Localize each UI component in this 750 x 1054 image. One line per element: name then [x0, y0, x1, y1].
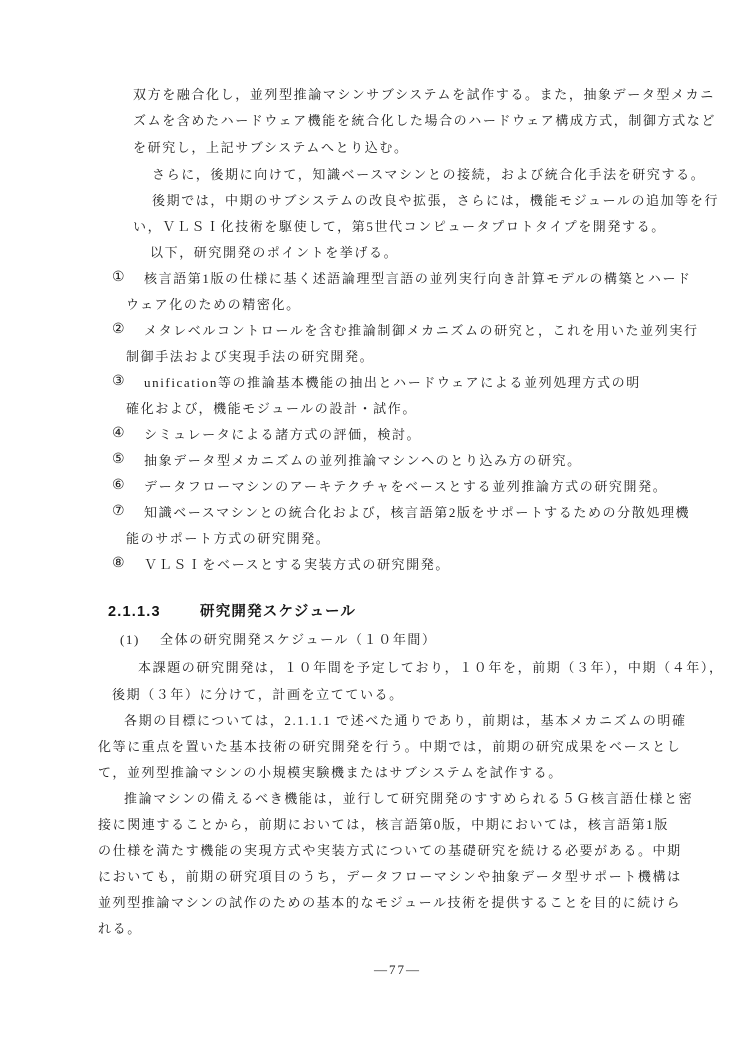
section-heading-text: 2.1.1.3 [108, 605, 161, 620]
text-line: 後期（３年）に分けて，計画を立てている。 [112, 688, 404, 701]
list-item-marker: ⑦ [112, 505, 126, 519]
list-item-marker: ① [112, 271, 126, 285]
list-item-marker: ③ [112, 375, 126, 389]
list-item-marker: ② [112, 323, 126, 337]
list-item-marker: ④ [112, 427, 126, 441]
text-line: 能のサポート方式の研究開発。 [126, 532, 330, 545]
text-line: 並列型推論マシンの試作のための基本的なモジュール技術を提供することを目的に続けら [98, 896, 681, 909]
text-line: の仕様を満たす機能の実現方式や実装方式についての基礎研究を続ける必要がある。中期 [98, 844, 682, 857]
page-number: —77— [374, 963, 421, 976]
text-line: て，並列型推論マシンの小規模実験機またはサブシステムを試作する。 [98, 766, 563, 779]
text-line: 抽象データ型メカニズムの並列推論マシンへのとり込み方の研究。 [144, 454, 582, 467]
text-line: さらに，後期に向けて，知識ベースマシンとの接続，および統合化手法を研究する。 [152, 168, 705, 181]
list-item-marker: ⑥ [112, 479, 126, 493]
text-line: unification等の推論基本機能の抽出とハードウェアによる並列処理方式の明 [144, 376, 641, 389]
text-line: 本課題の研究開発は，１０年間を予定しており，１０年を，前期（３年），中期（４年）… [138, 661, 724, 674]
text-line: データフローマシンのアーキテクチャをベースとする並列推論方式の研究開発。 [144, 480, 667, 493]
text-line: ズムを含めたハードウェア機能を統合化した場合のハードウェア構成方式，制御方式など [133, 114, 716, 127]
text-line: 全体の研究開発スケジュール（１０年間） [160, 633, 437, 646]
text-line: 接に関連することから，前期においては，核言語第0版，中期においては，核言語第1版 [98, 818, 669, 831]
text-line: を研究し，上記サブシステムへとり込む。 [133, 141, 409, 154]
text-line: 双方を融合化し，並列型推論マシンサブシステムを試作する。また，抽象データ型メカニ [133, 88, 715, 101]
text-line: ウェア化のための精密化。 [126, 298, 301, 311]
text-line: ＶＬＳＩをベースとする実装方式の研究開発。 [144, 558, 450, 571]
text-line: 以下，研究開発のポイントを挙げる。 [150, 246, 398, 259]
text-line: メタレベルコントロールを含む推論制御メカニズムの研究と，これを用いた並列実行 [144, 324, 699, 337]
text-line: シミュレータによる諸方式の評価，検討。 [144, 428, 421, 441]
text-line: 各期の目標については，2.1.1.1 で述べた通りであり，前期は，基本メカニズム… [124, 714, 687, 727]
text-line: (1) [120, 633, 140, 646]
text-line: 化等に重点を置いた基本技術の研究開発を行う。中期では，前期の研究成果をベースとし [98, 740, 681, 753]
text-line: れる。 [98, 922, 142, 935]
text-line: 確化および，機能モジュールの設計・試作。 [126, 402, 417, 415]
list-item-marker: ⑤ [112, 453, 126, 467]
text-line: 知識ベースマシンとの統合化および，核言語第2版をサポートするための分散処理機 [144, 506, 690, 519]
document-page: 双方を融合化し，並列型推論マシンサブシステムを試作する。また，抽象データ型メカニ… [0, 0, 750, 1054]
list-item-marker: ⑧ [112, 557, 126, 571]
text-line: 制御手法および実現手法の研究開発。 [126, 350, 374, 363]
text-line: い，ＶＬＳＩ化技術を駆使して，第5世代コンピュータプロトタイプを開発する。 [133, 220, 666, 233]
text-line: 推論マシンの備えるべき機能は，並行して研究開発のすすめられる５Ｇ核言語仕様と密 [124, 792, 693, 805]
section-heading-text: 研究開発スケジュール [200, 605, 356, 620]
text-line: 核言語第1版の仕様に基く述語論理型言語の並列実行向き計算モデルの構築とハード [144, 272, 692, 285]
text-line: においても，前期の研究項目のうち，データフローマシンや抽象データ型サポート機構は [98, 870, 682, 883]
text-line: 後期では，中期のサブシステムの改良や拡張，さらには，機能モジュールの追加等を行 [152, 194, 719, 207]
